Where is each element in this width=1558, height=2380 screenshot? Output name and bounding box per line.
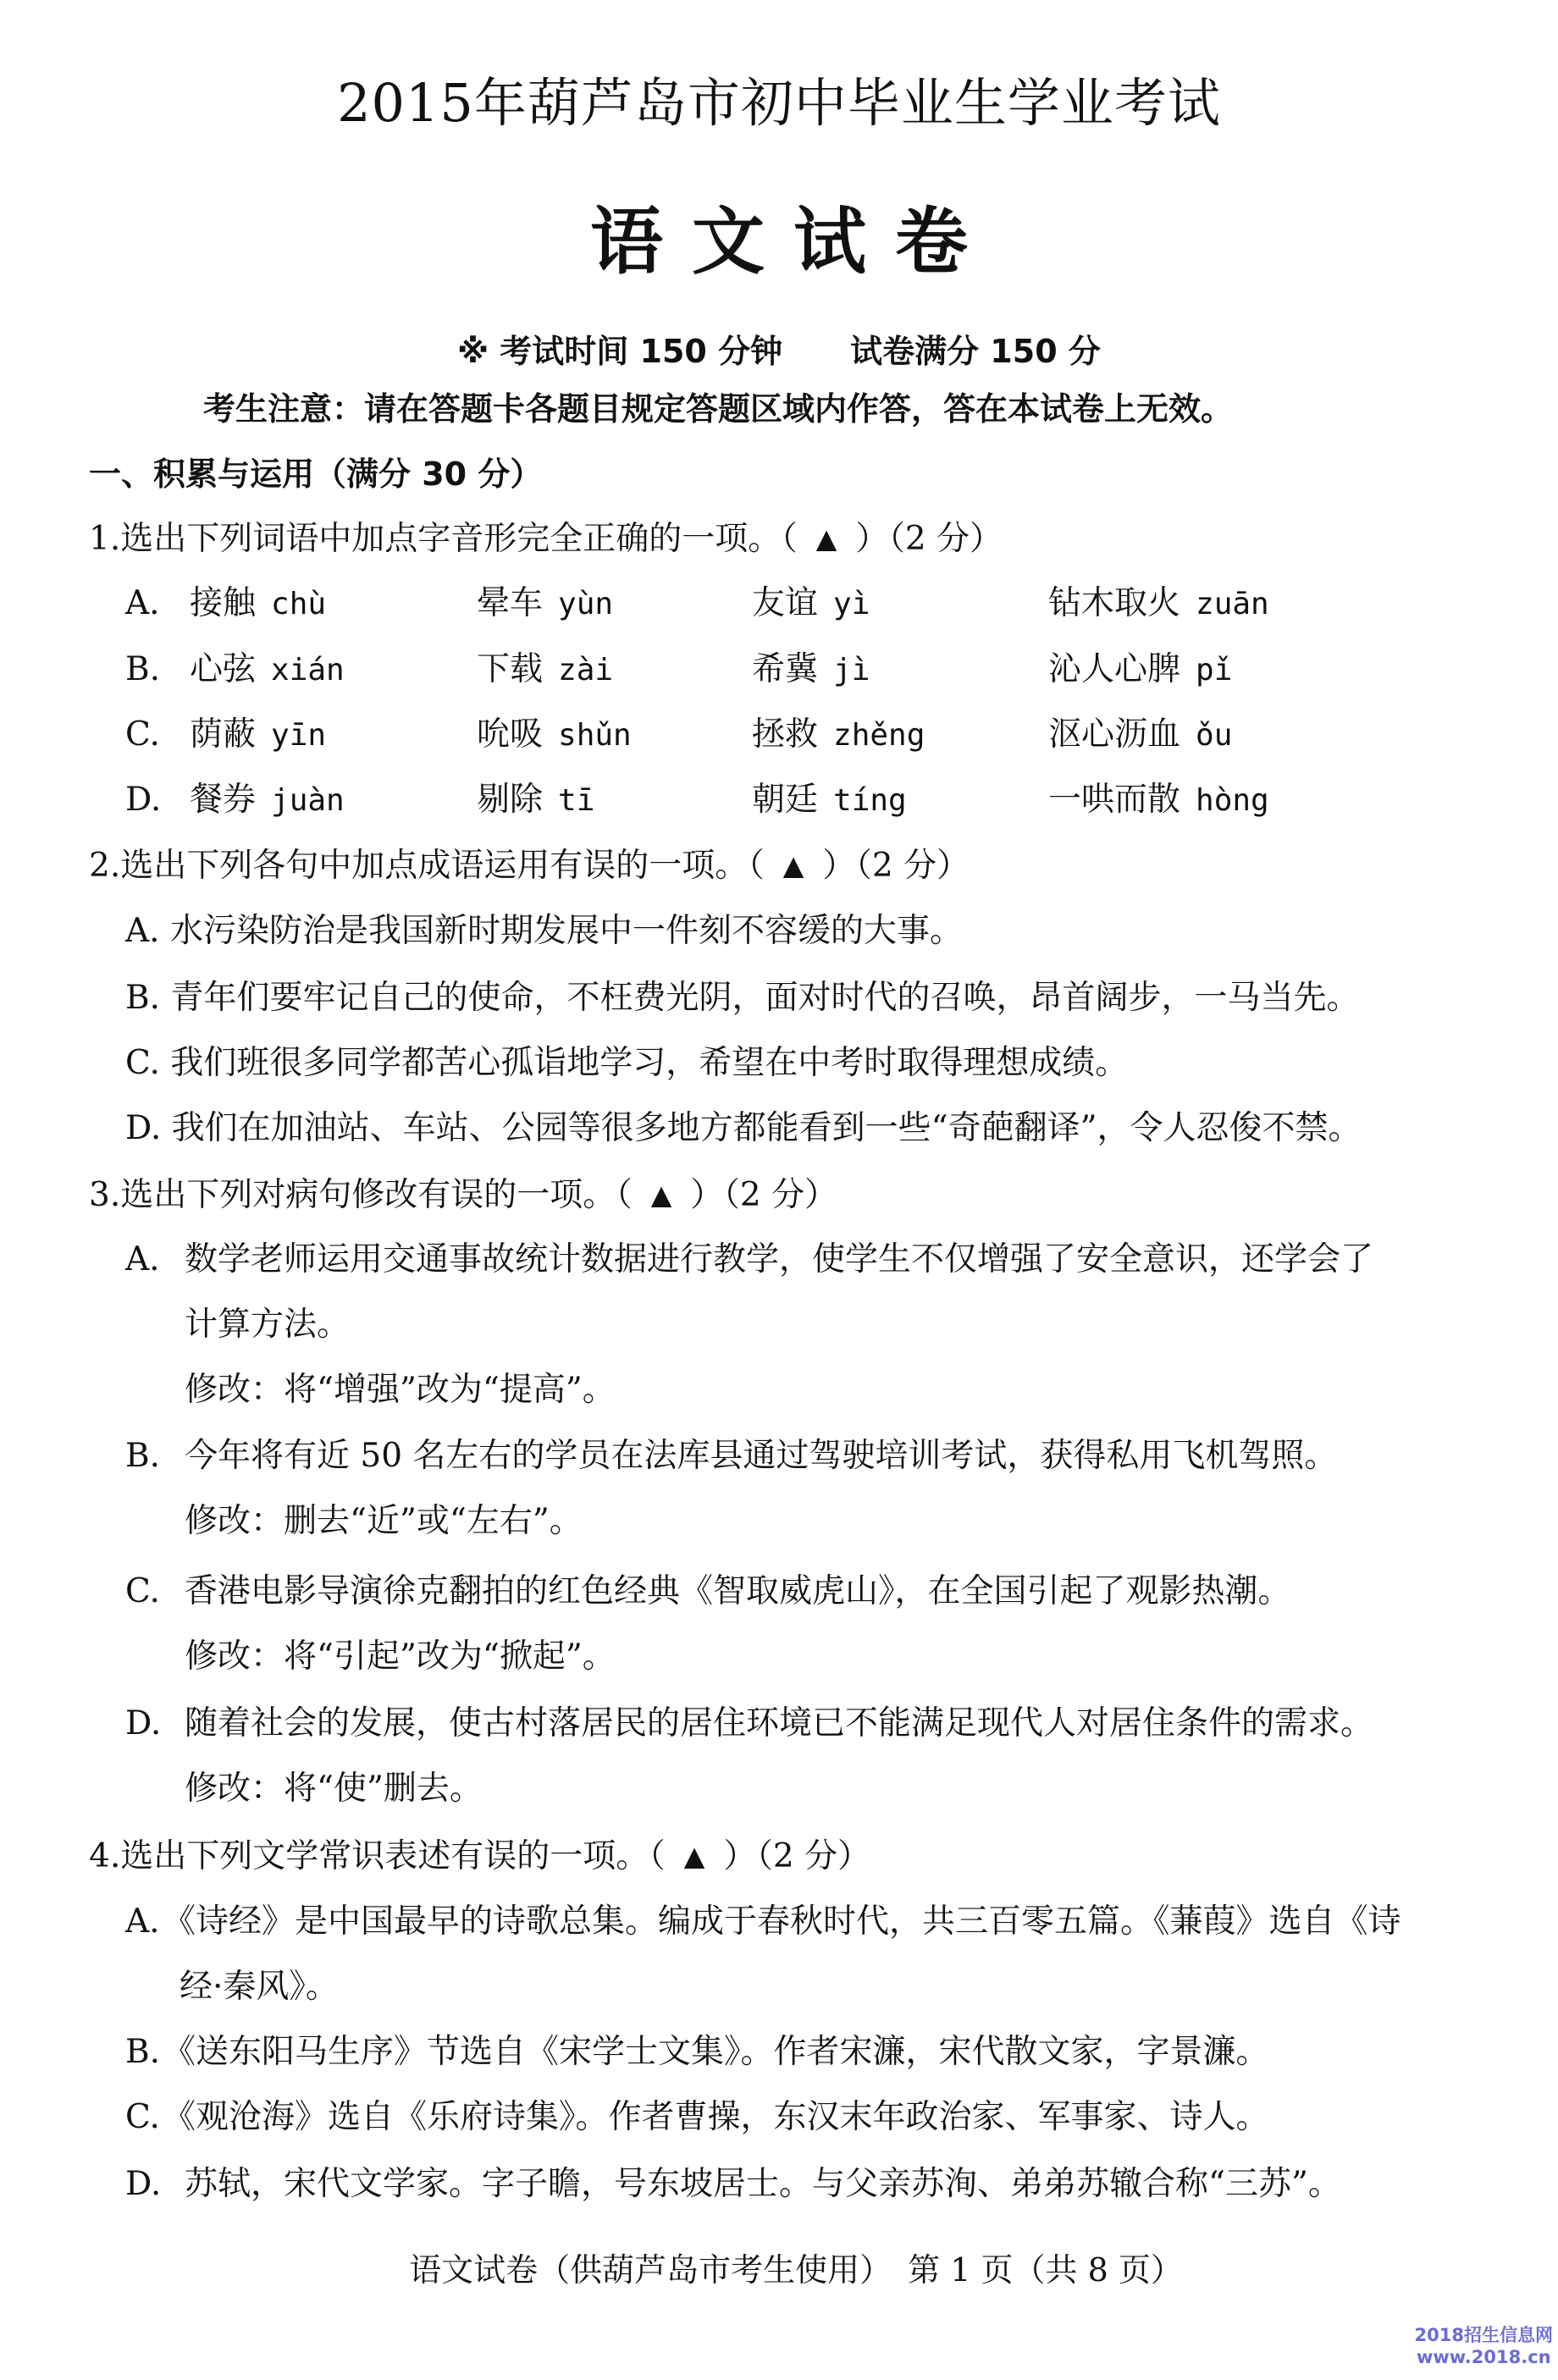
- exam-meta: ※ 考试时间 150 分钟试卷满分 150 分: [0, 330, 1558, 373]
- subject-title: 语文试卷: [0, 202, 1558, 283]
- q4-option-a-line2: 经·秦风》。: [180, 1966, 339, 2008]
- q4-option-d-label: D.: [125, 2163, 161, 2206]
- q2-option-a: A. 水污染防治是我国新时期发展中一件刻不容缓的大事。: [125, 910, 963, 953]
- q3-option-c-line1: 香港电影导演徐克翻拍的红色经典《智取威虎山》，在全国引起了观影热潮。: [185, 1571, 1291, 1613]
- answer-triangle-icon: ▲: [816, 517, 837, 560]
- q3-option-d-label: D.: [125, 1703, 161, 1745]
- q3-option-a-line2: 计算方法。: [185, 1304, 350, 1346]
- question-4-stem: 4.选出下列文学常识表述有误的一项。（▲）（2 分）: [89, 1835, 870, 1878]
- q2-option-b: B. 青年们要牢记自己的使命，不枉费光阴，面对时代的召唤，昂首阔步，一马当先。: [125, 977, 1359, 1019]
- q2-option-c: C. 我们班很多同学都苦心孤诣地学习，希望在中考时取得理想成绩。: [125, 1042, 1128, 1085]
- q4-option-a-label: A.: [125, 1901, 160, 1943]
- q3-option-c-fix: 修改：将“引起”改为“掀起”。: [185, 1636, 616, 1678]
- q4-option-c-label: C.: [125, 2096, 160, 2139]
- score-note: 试卷满分 150 分: [850, 330, 1101, 373]
- q3-option-b-line1: 今年将有近 50 名左右的学员在法库县通过驾驶培训考试，获得私用飞机驾照。: [185, 1435, 1337, 1477]
- answer-triangle-icon: ▲: [783, 844, 804, 886]
- answer-triangle-icon: ▲: [651, 1173, 672, 1216]
- q2-option-d: D. 我们在加油站、车站、公园等很多地方都能看到一些“奇葩翻译”，令人忍俊不禁。: [125, 1107, 1362, 1150]
- q3-option-a-label: A.: [125, 1239, 160, 1281]
- question-1-stem: 1.选出下列词语中加点字音形完全正确的一项。（▲）（2 分）: [89, 517, 1003, 560]
- watermark-site-name: 2018招生信息网: [1415, 2324, 1553, 2346]
- question-2-stem: 2.选出下列各句中加点成语运用有误的一项。（▲）（2 分）: [89, 844, 970, 887]
- q4-option-c-line1: 《观沧海》选自《乐府诗集》。作者曹操，东汉末年政治家、军事家、诗人。: [163, 2096, 1269, 2139]
- q3-option-d-fix: 修改：将“使”删去。: [185, 1768, 483, 1810]
- answer-triangle-icon: ▲: [684, 1835, 705, 1877]
- section-title: 一、积累与运用（满分 30 分）: [89, 453, 542, 495]
- q4-option-b-line1: 《送东阳马生序》节选自《宋学士文集》。作者宋濂，宋代散文家，字景濂。: [163, 2031, 1269, 2074]
- q3-option-b-label: B.: [125, 1435, 160, 1477]
- q3-option-d-line1: 随着社会的发展，使古村落居民的居住环境已不能满足现代人对居住条件的需求。: [185, 1703, 1373, 1745]
- q3-option-b-fix: 修改：删去“近”或“左右”。: [185, 1500, 583, 1543]
- q3-option-c-label: C.: [125, 1571, 160, 1613]
- exam-title: 2015年葫芦岛市初中毕业生学业考试: [0, 69, 1558, 137]
- question-3-stem: 3.选出下列对病句修改有误的一项。（▲）（2 分）: [89, 1173, 837, 1217]
- q3-option-a-fix: 修改：将“增强”改为“提高”。: [185, 1369, 616, 1411]
- candidate-notice: 考生注意：请在答题卡各题目规定答题区域内作答，答在本试卷上无效。: [203, 388, 1233, 430]
- q4-option-d-line1: 苏轼，宋代文学家。字子瞻，号东坡居士。与父亲苏洵、弟弟苏辙合称“三苏”。: [185, 2163, 1341, 2206]
- watermark-url[interactable]: www.2018.cn: [1415, 2346, 1553, 2368]
- time-note: ※ 考试时间 150 分钟: [457, 330, 782, 373]
- q3-option-a-line1: 数学老师运用交通事故统计数据进行教学，使学生不仅增强了安全意识，还学会了: [185, 1239, 1373, 1281]
- watermark: 2018招生信息网 www.2018.cn: [1415, 2324, 1553, 2368]
- page-footer: 语文试卷（供葫芦岛市考生使用） 第 1 页（共 8 页）: [0, 2249, 1558, 2291]
- q4-option-b-label: B.: [125, 2031, 160, 2074]
- q4-option-a-line1: 《诗经》是中国最早的诗歌总集。编成于春秋时代，共三百零五篇。《蒹葭》选自《诗: [163, 1901, 1401, 1943]
